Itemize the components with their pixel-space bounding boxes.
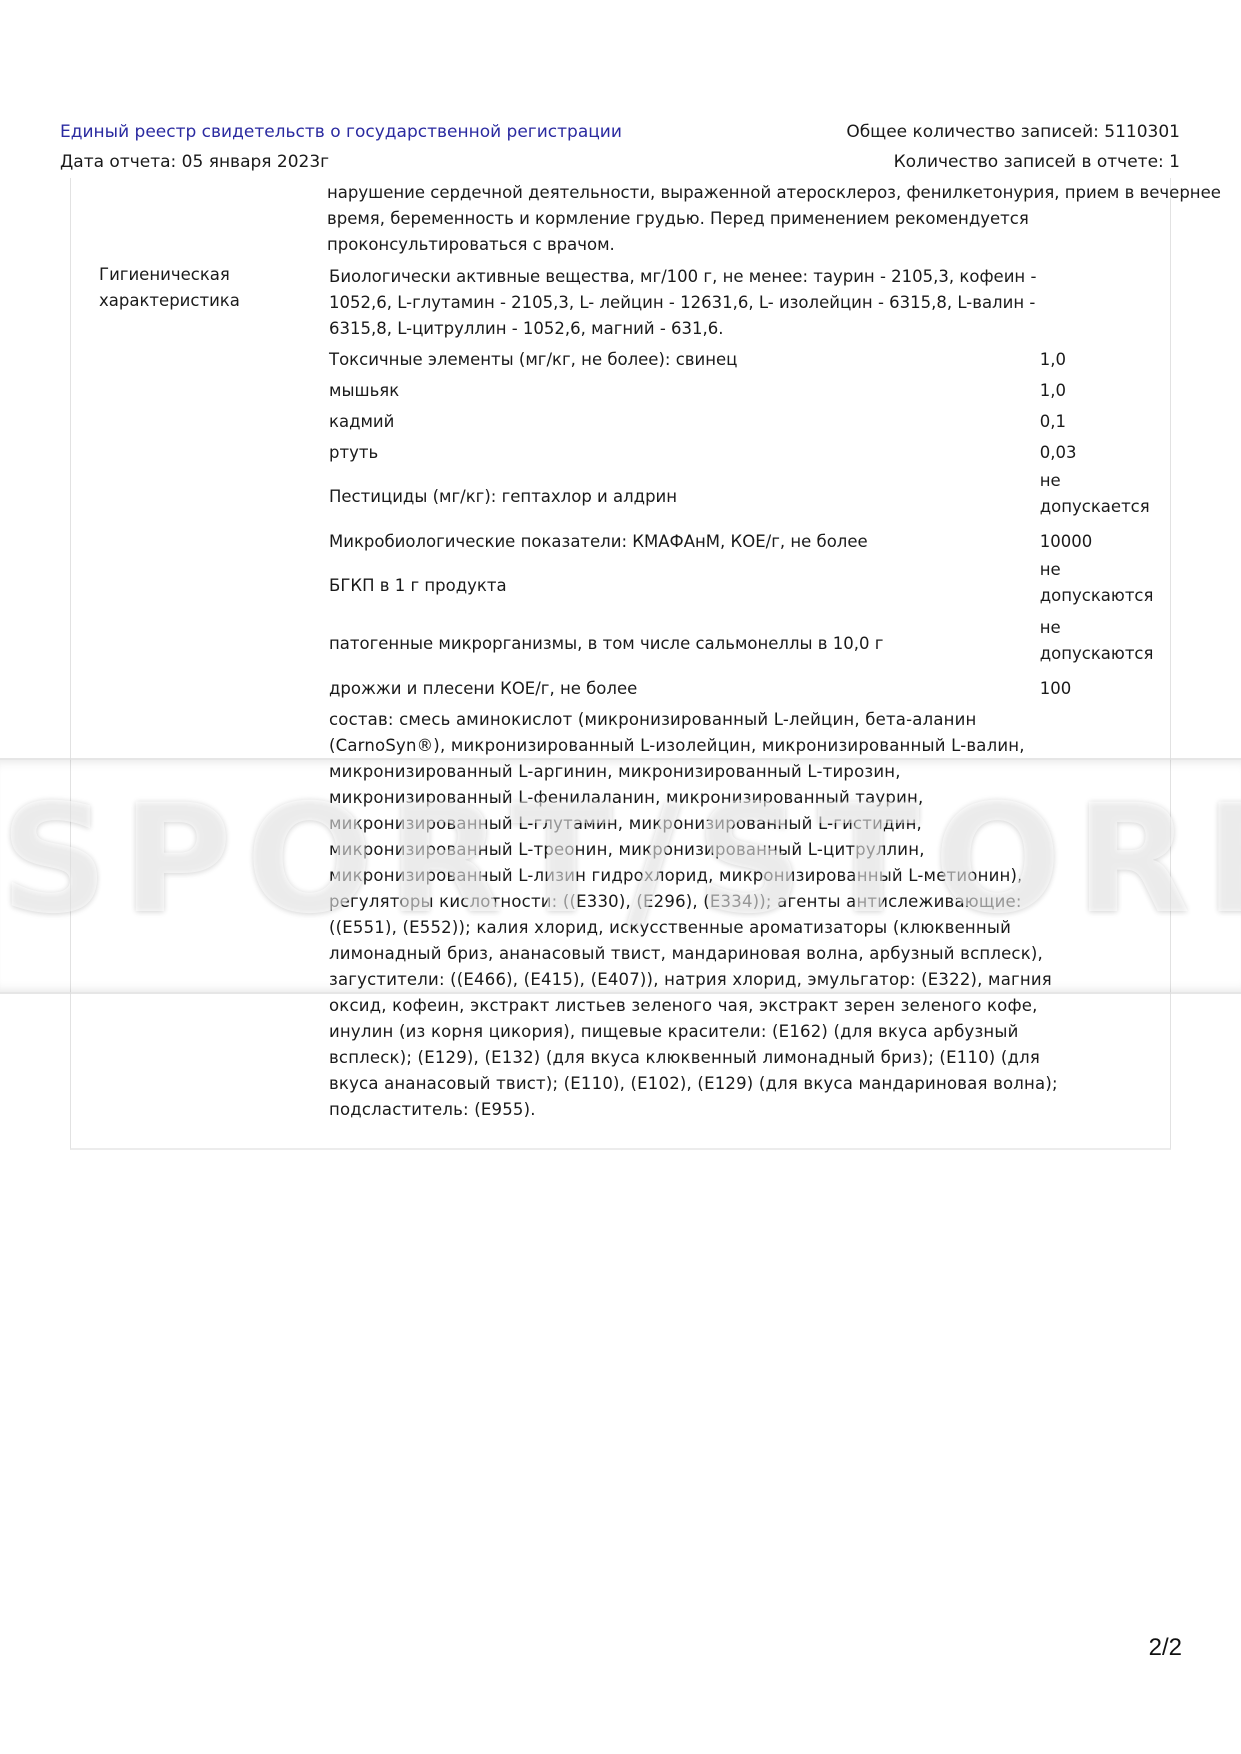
indicator-name: мышьяк bbox=[329, 378, 1040, 404]
table-row: дрожжи и плесени КОЕ/г, не более 100 bbox=[329, 673, 1159, 704]
table-row: ртуть 0,03 bbox=[329, 437, 1159, 468]
indicator-value: 10000 bbox=[1040, 529, 1159, 555]
indicator-value: 1,0 bbox=[1040, 347, 1159, 373]
hygiene-label: Гигиеническая характеристика bbox=[99, 262, 299, 314]
indicator-value: 1,0 bbox=[1040, 378, 1159, 404]
table-row: мышьяк 1,0 bbox=[329, 375, 1159, 406]
records-in-report: Количество записей в отчете: 1 bbox=[894, 152, 1180, 172]
registry-title: Единый реестр свидетельств о государстве… bbox=[60, 122, 622, 142]
indicator-name: дрожжи и плесени КОЕ/г, не более bbox=[329, 676, 1040, 702]
indicator-value: 100 bbox=[1040, 676, 1159, 702]
table-row: Пестициды (мг/кг): гептахлор и алдрин не… bbox=[329, 468, 1159, 526]
indicator-name: ртуть bbox=[329, 440, 1040, 466]
indicator-value: 0,1 bbox=[1040, 409, 1159, 435]
indicator-value: не допускается bbox=[1040, 468, 1159, 526]
indicator-name: БГКП в 1 г продукта bbox=[329, 557, 1040, 615]
table-row: БГКП в 1 г продукта не допускаются bbox=[329, 557, 1159, 615]
indicator-value: не допускаются bbox=[1040, 615, 1159, 673]
record-table: нарушение сердечной деятельности, выраже… bbox=[70, 178, 1171, 1150]
page-number: 2/2 bbox=[1149, 1634, 1182, 1662]
hygiene-values: Биологически активные вещества, мг/100 г… bbox=[329, 264, 1159, 1123]
bioactive-substances: Биологически активные вещества, мг/100 г… bbox=[329, 264, 1059, 342]
total-records: Общее количество записей: 5110301 bbox=[846, 122, 1180, 142]
table-row: Микробиологические показатели: КМАФАнМ, … bbox=[329, 526, 1159, 557]
table-row: патогенные микрорганизмы, в том числе са… bbox=[329, 615, 1159, 673]
report-date: Дата отчета: 05 января 2023г bbox=[60, 152, 329, 172]
indicator-value: 0,03 bbox=[1040, 440, 1159, 466]
continued-contraindications-text: нарушение сердечной деятельности, выраже… bbox=[327, 180, 1227, 258]
indicator-name: Пестициды (мг/кг): гептахлор и алдрин bbox=[329, 468, 1040, 526]
table-row: Токсичные элементы (мг/кг, не более): св… bbox=[329, 344, 1159, 375]
composition-text: состав: смесь аминокислот (микронизирова… bbox=[329, 707, 1059, 1123]
indicator-name: кадмий bbox=[329, 409, 1040, 435]
indicator-name: Микробиологические показатели: КМАФАнМ, … bbox=[329, 529, 1040, 555]
indicator-value: не допускаются bbox=[1040, 557, 1159, 615]
indicator-name: патогенные микрорганизмы, в том числе са… bbox=[329, 615, 1040, 673]
table-row: кадмий 0,1 bbox=[329, 406, 1159, 437]
indicator-name: Токсичные элементы (мг/кг, не более): св… bbox=[329, 347, 1040, 373]
